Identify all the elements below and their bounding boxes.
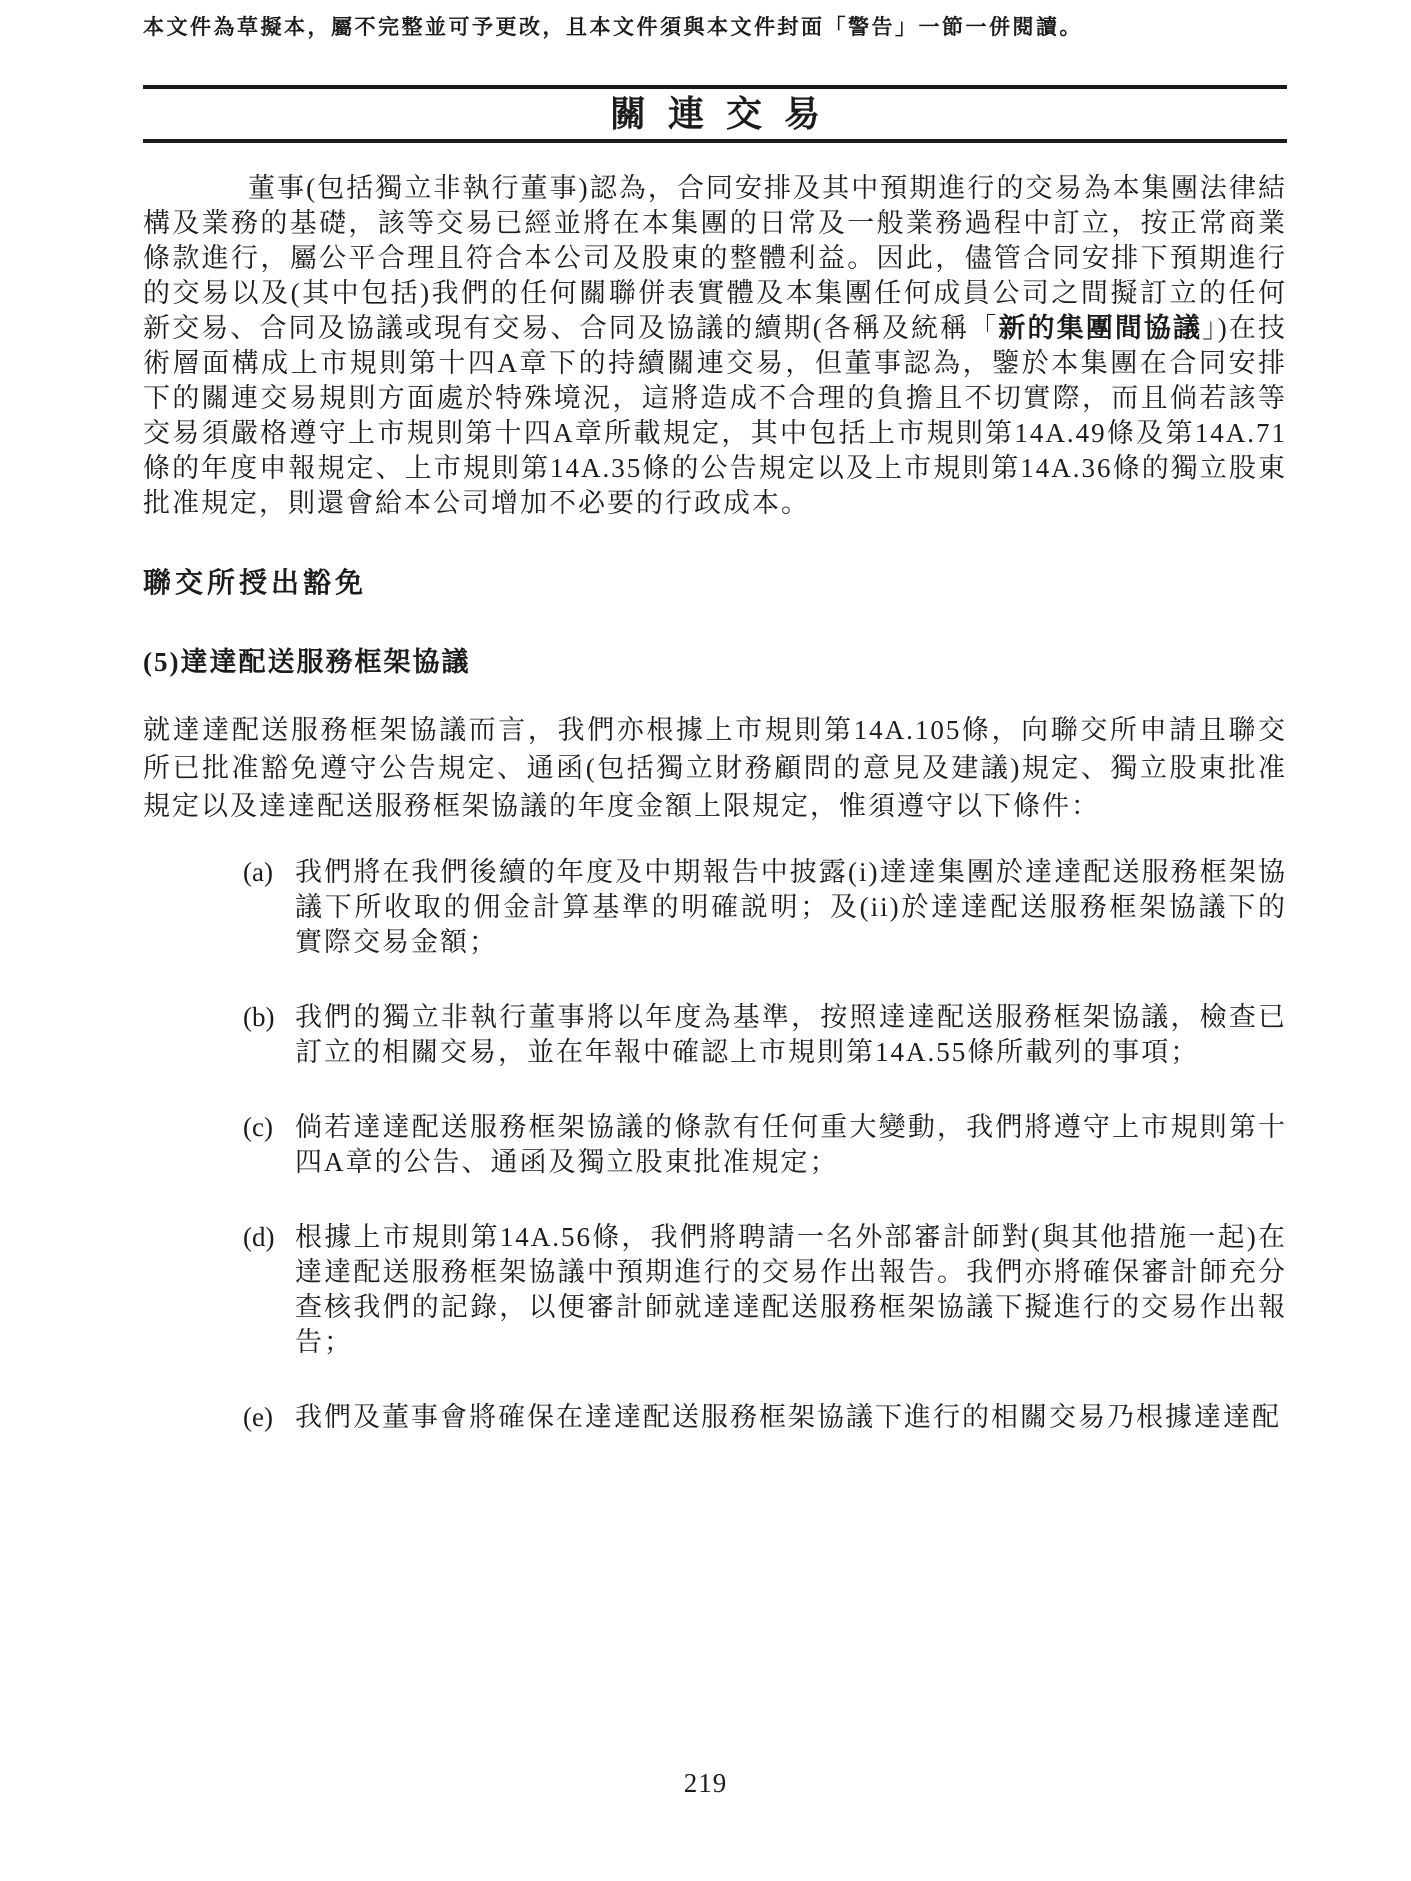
condition-item-c: (c) 倘若達達配送服務框架協議的條款有任何重大變動，我們將遵守上市規則第十四A… [243,1110,1287,1180]
draft-disclaimer: 本文件為草擬本，屬不完整並可予更改，且本文件須與本文件封面「警告」一節一併閱讀。 [143,0,1287,42]
paragraph-text-after-term: 」)在技術層面構成上市規則第十四A章下的持續關連交易，但董事認為，鑒於本集團在合… [143,313,1287,518]
condition-item-a: (a) 我們將在我們後續的年度及中期報告中披露(i)達達集團於達達配送服務框架協… [243,855,1287,960]
subsection-heading-dada-framework: (5)達達配送服務框架協議 [143,645,1287,679]
condition-text: 我們及董事會將確保在達達配送服務框架協議下進行的相關交易乃根據達達配 [295,1400,1287,1435]
condition-item-b: (b) 我們的獨立非執行董事將以年度為基準，按照達達配送服務框架協議，檢查已訂立… [243,1000,1287,1070]
condition-label: (a) [243,855,295,960]
paragraph-waiver-intro: 就達達配送服務框架協議而言，我們亦根據上市規則第14A.105條，向聯交所申請且… [143,711,1287,825]
condition-text: 根據上市規則第14A.56條，我們將聘請一名外部審計師對(與其他措施一起)在達達… [295,1220,1287,1360]
condition-text: 倘若達達配送服務框架協議的條款有任何重大變動，我們將遵守上市規則第十四A章的公告… [295,1110,1287,1180]
defined-term-new-intergroup-agreements: 新的集團間協議 [998,313,1202,343]
paragraph-directors-view: 董事(包括獨立非執行董事)認為，合同安排及其中預期進行的交易為本集團法律結構及業… [143,171,1287,521]
subsection-title: 達達配送服務框架協議 [180,647,470,677]
condition-item-d: (d) 根據上市規則第14A.56條，我們將聘請一名外部審計師對(與其他措施一起… [243,1220,1287,1360]
document-page: 本文件為草擬本，屬不完整並可予更改，且本文件須與本文件封面「警告」一節一併閱讀。… [0,0,1411,1881]
page-number: 219 [0,1768,1411,1799]
page-title: 關連交易 [143,92,1287,136]
condition-label: (b) [243,1000,295,1070]
subsection-number: (5) [143,647,180,677]
title-block: 關連交易 [143,85,1287,143]
section-heading-stock-exchange-waiver: 聯交所授出豁免 [143,567,1287,601]
condition-text: 我們的獨立非執行董事將以年度為基準，按照達達配送服務框架協議，檢查已訂立的相關交… [295,1000,1287,1070]
condition-label: (d) [243,1220,295,1360]
page-content: 本文件為草擬本，屬不完整並可予更改，且本文件須與本文件封面「警告」一節一併閱讀。… [0,0,1411,1435]
conditions-list: (a) 我們將在我們後續的年度及中期報告中披露(i)達達集團於達達配送服務框架協… [143,855,1287,1435]
condition-item-e: (e) 我們及董事會將確保在達達配送服務框架協議下進行的相關交易乃根據達達配 [243,1400,1287,1435]
condition-label: (c) [243,1110,295,1180]
condition-label: (e) [243,1400,295,1435]
condition-text: 我們將在我們後續的年度及中期報告中披露(i)達達集團於達達配送服務框架協議下所收… [295,855,1287,960]
